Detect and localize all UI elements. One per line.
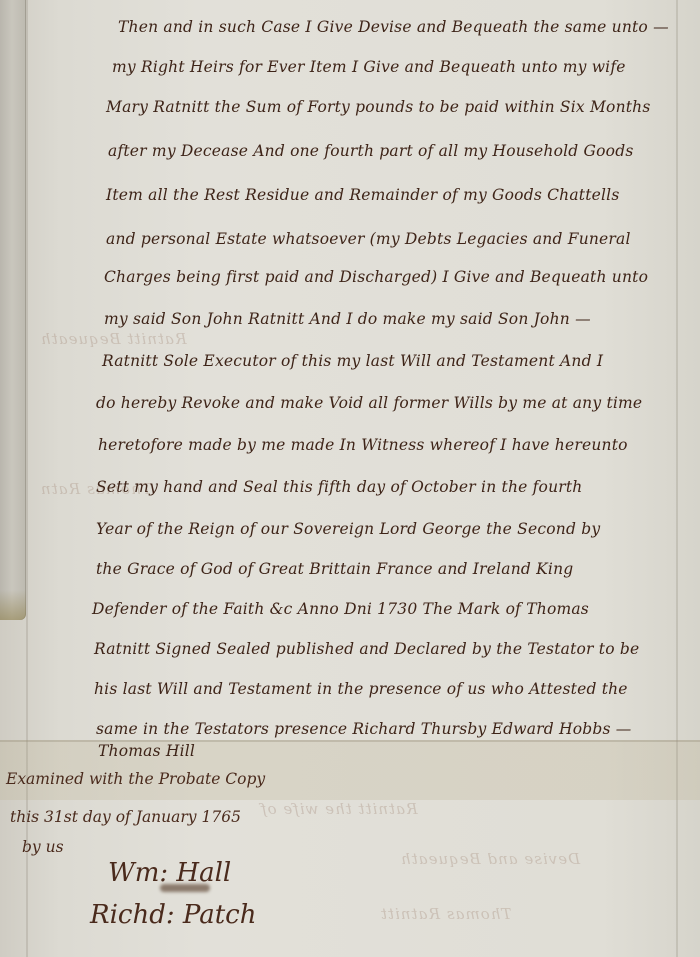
will-line-12: Sett my hand and Seal this fifth day of … — [96, 478, 583, 496]
will-line-10: do hereby Revoke and make Void all forme… — [96, 394, 642, 412]
bleed-through-text: Thomas Ratnitt — [380, 905, 511, 923]
will-line-13: Year of the Reign of our Sovereign Lord … — [96, 520, 600, 538]
document-page: Ratnitt Bequeath Thomas Ratn Ratnitt the… — [0, 0, 700, 957]
bleed-through-text: Devise and Bequeath — [400, 850, 580, 868]
will-line-11: heretofore made by me made In Witness wh… — [98, 436, 628, 454]
will-line-15: Defender of the Faith &c Anno Dni 1730 T… — [92, 600, 589, 618]
will-line-1: Then and in such Case I Give Devise and … — [118, 18, 669, 36]
will-line-7: Charges being first paid and Discharged)… — [104, 268, 648, 286]
ink-smudge — [160, 884, 210, 892]
fold-line-vertical — [676, 0, 678, 957]
tape-stain — [0, 590, 26, 620]
bleed-through-text: Ratnitt Bequeath — [40, 330, 187, 348]
examination-note-line-3: by us — [22, 838, 64, 856]
will-line-14: the Grace of God of Great Brittain Franc… — [96, 560, 573, 578]
will-line-2: my Right Heirs for Ever Item I Give and … — [112, 58, 626, 76]
signature-richd-patch: Richd: Patch — [90, 900, 256, 930]
witness-thomas-hill: Thomas Hill — [98, 742, 195, 760]
examination-note-line-2: this 31st day of January 1765 — [10, 808, 241, 826]
will-line-6: and personal Estate whatsoever (my Debts… — [106, 230, 631, 248]
bleed-through-text: Ratnitt the wife of — [260, 800, 418, 818]
will-line-9: Ratnitt Sole Executor of this my last Wi… — [102, 352, 603, 370]
will-line-4: after my Decease And one fourth part of … — [108, 142, 633, 160]
will-line-18: same in the Testators presence Richard T… — [96, 720, 632, 738]
binding-tape — [0, 0, 26, 620]
will-line-3: Mary Ratnitt the Sum of Forty pounds to … — [106, 98, 651, 116]
will-line-8: my said Son John Ratnitt And I do make m… — [104, 310, 591, 328]
will-line-17: his last Will and Testament in the prese… — [94, 680, 628, 698]
examination-note-line-1: Examined with the Probate Copy — [6, 770, 265, 788]
will-line-5: Item all the Rest Residue and Remainder … — [106, 186, 620, 204]
will-line-16: Ratnitt Signed Sealed published and Decl… — [94, 640, 639, 658]
